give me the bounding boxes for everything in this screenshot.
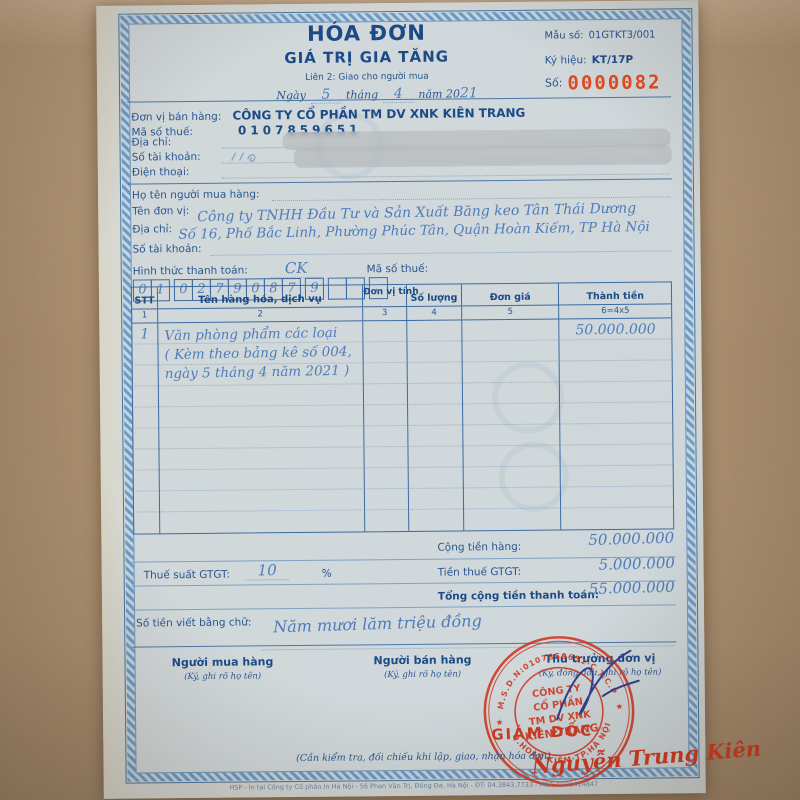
- invoice-number-label: Số:: [545, 76, 563, 89]
- table-body: 1 Văn phòng phẩm các loại ( Kèm theo bản…: [132, 318, 673, 533]
- form-info-block: Mẫu số: 01GTKT3/001 Ký hiệu: KT/17P Số: …: [544, 22, 677, 94]
- date-month-handwritten: 4: [383, 86, 413, 103]
- col-number: 5: [462, 305, 560, 319]
- seller-address-label: Địa chỉ:: [131, 135, 171, 150]
- col-number: 4: [407, 306, 462, 320]
- subtotal-value-handwritten: 50.000.000: [588, 529, 674, 549]
- col-header-price: Đơn giá: [462, 283, 560, 305]
- total-label: Tổng cộng tiền thanh toán:: [438, 588, 599, 605]
- vat-value-handwritten: 5.000.000: [598, 554, 675, 574]
- dotted-leader: [272, 183, 670, 201]
- buyer-account-label: Số tài khoản:: [132, 242, 201, 258]
- invoice-paper: HÓA ĐƠN GIÁ TRỊ GIA TĂNG Liên 2: Giao ch…: [96, 0, 706, 799]
- vat-rate-label: Thuế suất GTGT:: [144, 568, 230, 584]
- buyer-tax-label: Mã số thuế:: [367, 263, 429, 276]
- col-number: 3: [363, 307, 407, 320]
- col-number: 1: [132, 309, 158, 322]
- form-number-value: 01GTKT3/001: [589, 30, 656, 42]
- faint-handwriting-strokes: [228, 150, 298, 165]
- invoice-number-stamped: 0000082: [567, 71, 661, 94]
- col-number: 2: [158, 307, 363, 322]
- col-header-stt: STT: [132, 287, 158, 308]
- amount-words-label: Số tiền viết bằng chữ:: [136, 615, 251, 631]
- date-day-handwritten: 5: [311, 87, 341, 104]
- signature-buyer-sub: (Ký, ghi rõ họ tên): [143, 669, 303, 686]
- col-header-amount: Thành tiền: [559, 282, 671, 304]
- buyer-address-label: Địa chỉ:: [132, 222, 172, 237]
- redaction-smudge: [294, 144, 672, 168]
- seller-phone-label: Điện thoại:: [132, 165, 190, 181]
- serial-label: Ký hiệu:: [545, 54, 587, 66]
- form-number-label: Mẫu số:: [544, 30, 583, 41]
- seller-account-label: Số tài khoản:: [132, 150, 201, 166]
- invoice-subtitle: GIÁ TRỊ GIA TĂNG: [217, 47, 517, 68]
- buyer-person-label: Họ tên người mua hàng:: [132, 187, 260, 203]
- col-number: 6=4x5: [560, 304, 672, 318]
- items-table: STT Tên hàng hóa, dịch vụ Đơn vị tính Số…: [131, 281, 674, 534]
- signature-buyer: Người mua hàng (Ký, ghi rõ họ tên): [142, 654, 302, 686]
- buyer-payment-handwritten: CK: [271, 259, 322, 278]
- signature-buyer-title: Người mua hàng: [142, 654, 302, 671]
- dotted-leader: [210, 237, 670, 255]
- invoice-title: HÓA ĐƠN: [216, 20, 516, 47]
- vat-rate-handwritten: 10: [246, 561, 289, 580]
- subtotal-label: Cộng tiền hàng:: [437, 540, 521, 556]
- buyer-payment-label: Hình thức thanh toán:: [133, 264, 248, 277]
- col-header-item: Tên hàng hóa, dịch vụ: [158, 285, 363, 308]
- col-header-unit: Đơn vị tính: [363, 285, 407, 306]
- vat-label: Tiền thuế GTGT:: [438, 565, 522, 581]
- serial-value: KT/17P: [592, 54, 634, 66]
- total-value-handwritten: 55.000.000: [589, 578, 675, 598]
- item-amount-handwritten: 50.000.000: [560, 318, 672, 338]
- amount-words-handwritten: Năm mươi lăm triệu đồng: [273, 611, 482, 636]
- item-stt-handwritten: 1: [132, 323, 157, 342]
- buyer-unit-label: Tên đơn vị:: [132, 204, 189, 220]
- col-header-qty: Số lượng: [407, 284, 462, 306]
- vat-percent-sign: %: [322, 567, 332, 582]
